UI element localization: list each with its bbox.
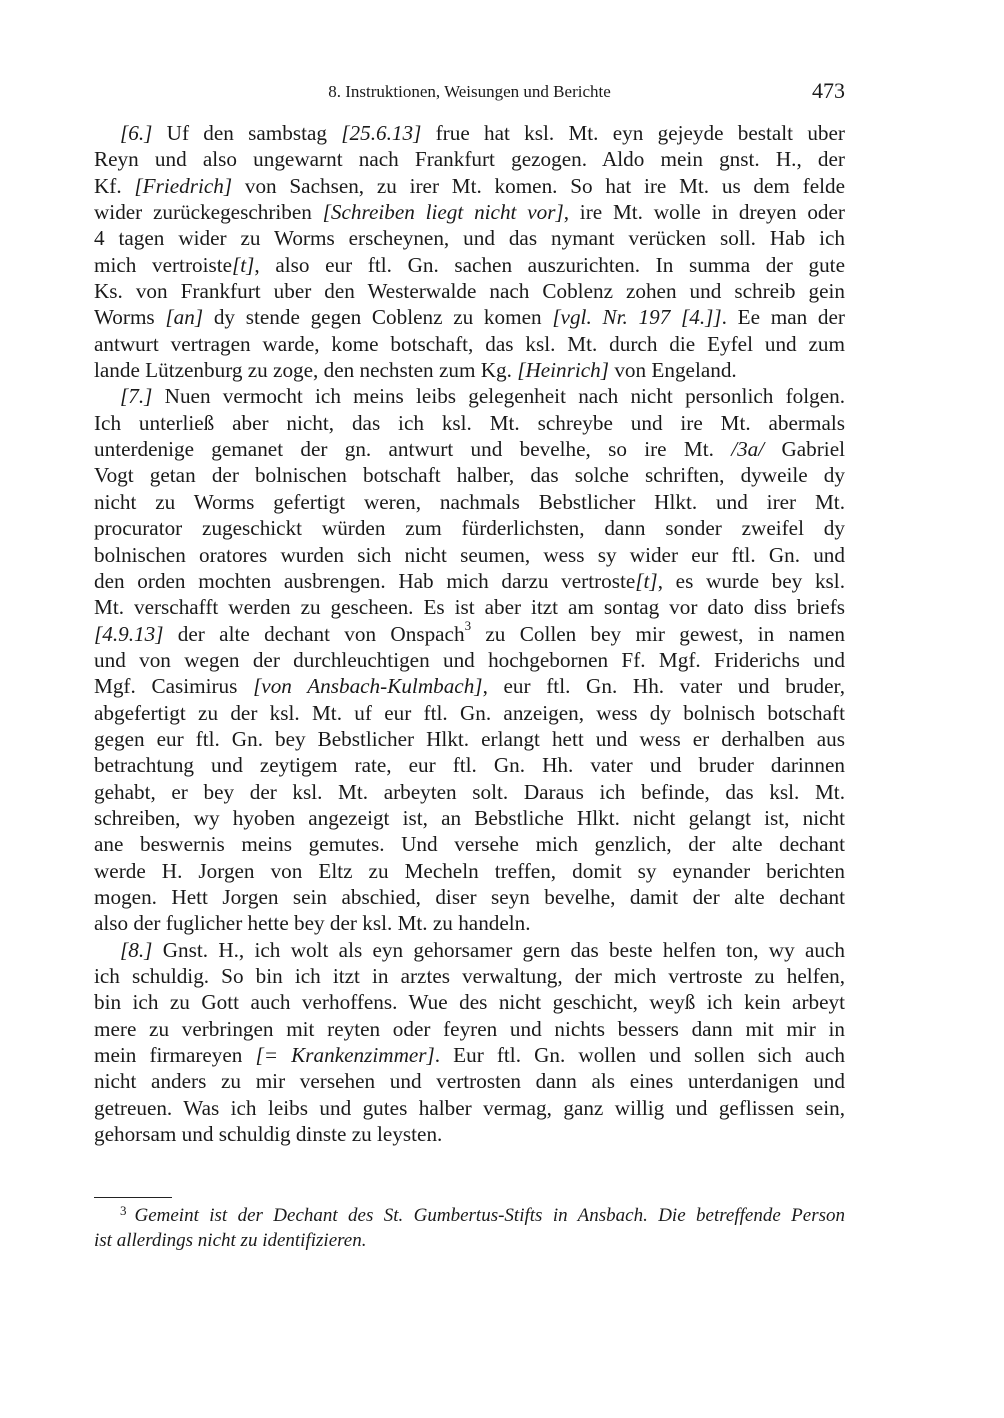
editorial-annotation: [= Krankenzimmer]: [256, 1043, 435, 1067]
editorial-annotation: /3a/: [731, 437, 764, 461]
editorial-annotation: [t]: [635, 569, 657, 593]
text-line: [8.] Gnst. H., ich wolt als eyn gehorsam…: [94, 937, 845, 963]
text-segment: gehabt, er bey der ksl. Mt. arbeyten sol…: [94, 780, 845, 804]
running-header: 8. Instruktionen, Weisungen und Berichte…: [94, 78, 845, 106]
text-line: [6.] Uf den sambstag [25.6.13] frue hat …: [94, 120, 845, 146]
text-line: mich vertroiste[t], also eur ftl. Gn. sa…: [94, 252, 845, 278]
running-title-text: 8. Instruktionen, Weisungen und Berichte: [328, 82, 611, 101]
text-segment: nicht zu Worms gefertigt weren, nachmals…: [94, 490, 845, 514]
text-line: Ks. von Frankfurt uber den Westerwalde n…: [94, 278, 845, 304]
editorial-annotation: [Heinrich]: [517, 358, 609, 382]
text-segment: und von wegen der durchleuchtigen und ho…: [94, 648, 845, 672]
text-line: ich schuldig. So bin ich itzt in arztes …: [94, 963, 845, 989]
footnote-text: ist allerdings nicht zu identifizieren.: [94, 1230, 367, 1251]
text-line: bin ich zu Gott auch verhoffens. Wue des…: [94, 989, 845, 1015]
text-line: getreuen. Was ich leibs und gutes halber…: [94, 1095, 845, 1121]
editorial-annotation: [7.]: [120, 384, 152, 408]
text-line: gehorsam und schuldig dinste zu leysten.: [94, 1121, 845, 1147]
text-line: procurator zugeschickt würden zum fürder…: [94, 515, 845, 541]
editorial-annotation: [von Ansbach-Kulmbach]: [253, 674, 483, 698]
editorial-annotation: [an]: [165, 305, 203, 329]
text-line: Vogt getan der bolnischen botschaft halb…: [94, 462, 845, 488]
text-segment: getreuen. Was ich leibs und gutes halber…: [94, 1096, 845, 1120]
text-line: Kf. [Friedrich] von Sachsen, zu irer Mt.…: [94, 173, 845, 199]
text-line: 4 tagen wider zu Worms erscheynen, und d…: [94, 225, 845, 251]
text-line: gehabt, er bey der ksl. Mt. arbeyten sol…: [94, 779, 845, 805]
running-title: 8. Instruktionen, Weisungen und Berichte: [94, 82, 845, 102]
text-line: also der fuglicher hette bey der ksl. Mt…: [94, 910, 845, 936]
footnote-mark: 3: [120, 1203, 127, 1218]
text-segment: mogen. Hett Jorgen sein abschied, diser …: [94, 885, 845, 909]
text-line: mogen. Hett Jorgen sein abschied, diser …: [94, 884, 845, 910]
text-line: ane beswernis meins gemutes. Und versehe…: [94, 831, 845, 857]
editorial-annotation: [6.]: [120, 121, 152, 145]
text-line: [4.9.13] der alte dechant von Onspach3 z…: [94, 621, 845, 647]
editorial-annotation: [t]: [232, 253, 254, 277]
text-line: lande Lützenburg zu zoge, den nechsten z…: [94, 357, 845, 383]
text-segment: , ire Mt. wolle in dreyen oder: [564, 200, 845, 224]
text-segment: , also eur ftl. Gn. sachen auszurichten.…: [254, 253, 845, 277]
text-segment: mein firmareyen: [94, 1043, 256, 1067]
text-segment: den orden mochten ausbrengen. Hab mich d…: [94, 569, 635, 593]
footnote-separator: [94, 1197, 172, 1198]
text-line: nicht anders zu mir versehen und vertros…: [94, 1068, 845, 1094]
text-segment: von Engeland.: [609, 358, 737, 382]
text-line: bolnischen oratores wurden sich nicht se…: [94, 542, 845, 568]
text-line: gegen eur ftl. Gn. bey Bebstlicher Hlkt.…: [94, 726, 845, 752]
text-segment: , eur ftl. Gn. Hh. vater und bruder,: [483, 674, 845, 698]
editorial-annotation: [Friedrich]: [134, 174, 232, 198]
text-line: Ich unterließ aber nicht, das ich ksl. M…: [94, 410, 845, 436]
text-line: Mt. verschafft werden zu gescheen. Es is…: [94, 594, 845, 620]
text-segment: unterdenige gemanet der gn. antwurt und …: [94, 437, 731, 461]
editorial-annotation: [4.9.13]: [94, 622, 163, 646]
text-segment: mere zu verbringen mit reyten oder feyre…: [94, 1017, 845, 1041]
text-segment: ane beswernis meins gemutes. Und versehe…: [94, 832, 845, 856]
text-segment: lande Lützenburg zu zoge, den nechsten z…: [94, 358, 517, 382]
text-line: Mgf. Casimirus [von Ansbach-Kulmbach], e…: [94, 673, 845, 699]
editorial-annotation: [8.]: [120, 938, 152, 962]
editorial-annotation: [25.6.13]: [341, 121, 421, 145]
text-segment: Mt. verschafft werden zu gescheen. Es is…: [94, 595, 845, 619]
text-line: schreiben, wy hyoben angezeigt ist, an B…: [94, 805, 845, 831]
text-segment: betrachtung und zeytigem rate, eur ftl. …: [94, 753, 845, 777]
text-segment: Mgf. Casimirus: [94, 674, 253, 698]
text-segment: Ks. von Frankfurt uber den Westerwalde n…: [94, 279, 845, 303]
footnote-line: ist allerdings nicht zu identifizieren.: [94, 1228, 845, 1253]
footnotes: 3Gemeint ist der Dechant des St. Gumbert…: [94, 1203, 845, 1253]
text-segment: nicht anders zu mir versehen und vertros…: [94, 1069, 845, 1093]
text-line: abgefertigt zu der ksl. Mt. uf eur ftl. …: [94, 700, 845, 726]
text-line: antwurt vertragen warde, kome botschaft,…: [94, 331, 845, 357]
body-text: [6.] Uf den sambstag [25.6.13] frue hat …: [94, 120, 845, 1147]
text-segment: Ich unterließ aber nicht, das ich ksl. M…: [94, 411, 845, 435]
text-segment: , es wurde bey ksl.: [658, 569, 845, 593]
text-line: mere zu verbringen mit reyten oder feyre…: [94, 1016, 845, 1042]
text-segment: Reyn und also ungewarnt nach Frankfurt g…: [94, 147, 845, 171]
text-segment: Gabriel: [764, 437, 845, 461]
text-segment: . Ee man der: [722, 305, 845, 329]
footnote-line: 3Gemeint ist der Dechant des St. Gumbert…: [94, 1203, 845, 1228]
text-segment: antwurt vertragen warde, kome botschaft,…: [94, 332, 845, 356]
footnote-reference: 3: [465, 618, 472, 633]
text-segment: Uf den sambstag: [152, 121, 341, 145]
text-line: werde H. Jorgen von Eltz zu Mecheln tref…: [94, 858, 845, 884]
text-segment: Kf.: [94, 174, 134, 198]
text-line: nicht zu Worms gefertigt weren, nachmals…: [94, 489, 845, 515]
text-segment: abgefertigt zu der ksl. Mt. uf eur ftl. …: [94, 701, 845, 725]
text-line: Reyn und also ungewarnt nach Frankfurt g…: [94, 146, 845, 172]
text-segment: schreiben, wy hyoben angezeigt ist, an B…: [94, 806, 845, 830]
text-segment: ich schuldig. So bin ich itzt in arztes …: [94, 964, 845, 988]
text-segment: dy stende gegen Coblenz zu komen: [203, 305, 552, 329]
text-segment: der alte dechant von Onspach: [163, 622, 464, 646]
text-line: Worms [an] dy stende gegen Coblenz zu ko…: [94, 304, 845, 330]
text-line: betrachtung und zeytigem rate, eur ftl. …: [94, 752, 845, 778]
text-segment: procurator zugeschickt würden zum fürder…: [94, 516, 845, 540]
text-line: [7.] Nuen vermocht ich meins leibs geleg…: [94, 383, 845, 409]
text-segment: Gnst. H., ich wolt als eyn gehorsamer ge…: [152, 938, 845, 962]
footnote-text: Gemeint ist der Dechant des St. Gumbertu…: [135, 1205, 846, 1226]
text-line: und von wegen der durchleuchtigen und ho…: [94, 647, 845, 673]
text-line: unterdenige gemanet der gn. antwurt und …: [94, 436, 845, 462]
text-segment: 4 tagen wider zu Worms erscheynen, und d…: [94, 226, 845, 250]
page-number: 473: [812, 78, 845, 104]
text-segment: Nuen vermocht ich meins leibs gelegenhei…: [152, 384, 845, 408]
text-segment: also der fuglicher hette bey der ksl. Mt…: [94, 911, 531, 935]
text-segment: wider zurückegeschriben: [94, 200, 323, 224]
text-segment: frue hat ksl. Mt. eyn gejeyde bestalt ub…: [421, 121, 845, 145]
editorial-annotation: [Schreiben liegt nicht vor]: [323, 200, 564, 224]
text-line: mein firmareyen [= Krankenzimmer]. Eur f…: [94, 1042, 845, 1068]
text-segment: gehorsam und schuldig dinste zu leysten.: [94, 1122, 442, 1146]
text-segment: Worms: [94, 305, 165, 329]
text-segment: bin ich zu Gott auch verhoffens. Wue des…: [94, 990, 845, 1014]
text-segment: werde H. Jorgen von Eltz zu Mecheln tref…: [94, 859, 845, 883]
text-segment: zu Collen bey mir gewest, in namen: [471, 622, 845, 646]
text-segment: bolnischen oratores wurden sich nicht se…: [94, 543, 845, 567]
text-segment: mich vertroiste: [94, 253, 232, 277]
editorial-annotation: [vgl. Nr. 197 [4.]]: [552, 305, 721, 329]
text-line: wider zurückegeschriben [Schreiben liegt…: [94, 199, 845, 225]
text-segment: Vogt getan der bolnischen botschaft halb…: [94, 463, 845, 487]
text-segment: gegen eur ftl. Gn. bey Bebstlicher Hlkt.…: [94, 727, 845, 751]
text-segment: . Eur ftl. Gn. wollen und sollen sich au…: [435, 1043, 845, 1067]
text-segment: von Sachsen, zu irer Mt. komen. So hat i…: [232, 174, 845, 198]
text-line: den orden mochten ausbrengen. Hab mich d…: [94, 568, 845, 594]
